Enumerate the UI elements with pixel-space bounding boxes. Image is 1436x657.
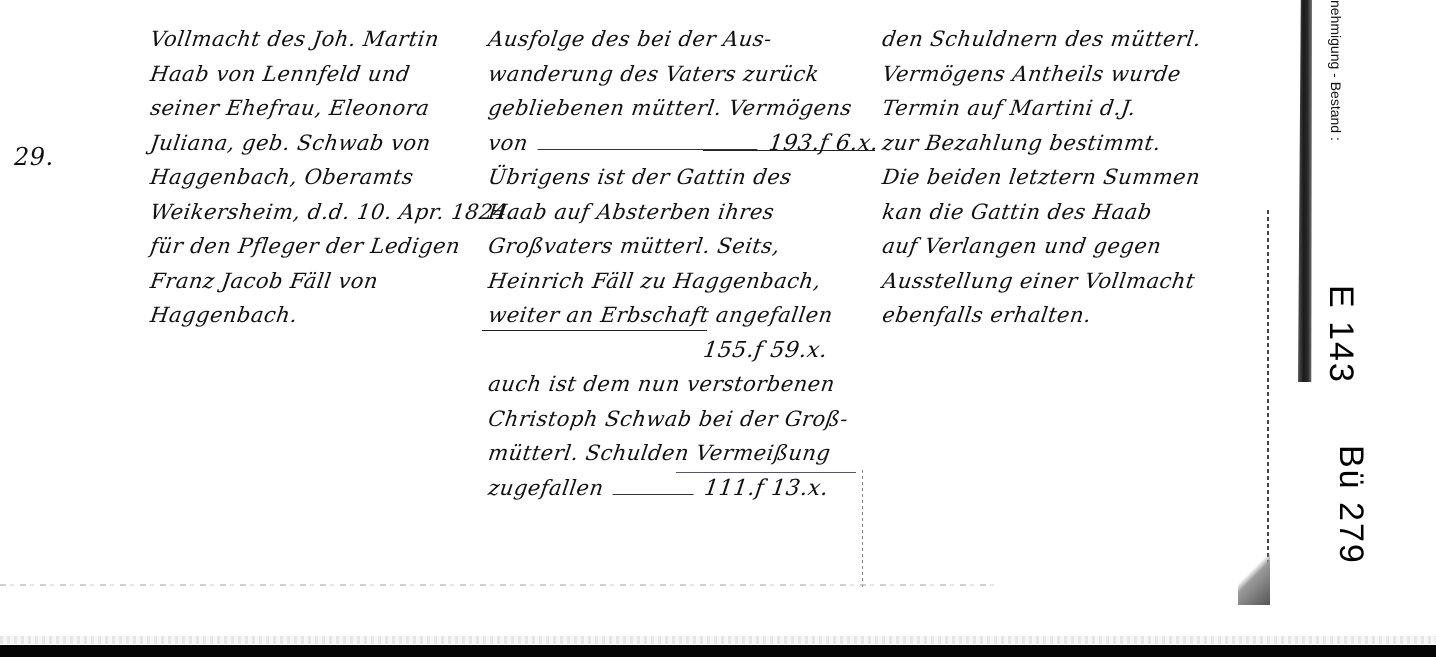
archive-signature-fonds: E 143 — [1321, 285, 1360, 384]
text-line: Haab auf Absterben ihres — [486, 195, 881, 230]
text-line: Übrigens ist der Gattin des — [486, 160, 881, 195]
text-line: für den Pfleger der Ledigen — [148, 229, 488, 264]
text-line: Christoph Schwab bei der Groß- — [486, 402, 881, 437]
amount-value-3: 111.f 13.x. — [702, 472, 831, 507]
archive-signature-file: Bü 279 — [1331, 445, 1370, 565]
amount-prefix: von — [486, 126, 530, 161]
text-line: Haggenbach. — [148, 298, 488, 333]
column-3-payment-terms: den Schuldnern des mütterl. Vermögens An… — [880, 22, 1270, 333]
amount-value-2: 155.f 59.x. — [702, 338, 830, 363]
text-line: Weikersheim, d.d. 10. Apr. 1824. — [148, 195, 488, 230]
text-line: Juliana, geb. Schwab von — [148, 126, 488, 161]
text-line: mütterl. Schulden Vermeißung — [486, 436, 881, 471]
text-line: Termin auf Martini d.J. — [880, 91, 1275, 126]
amount-value-1: 193.f 6.x. — [766, 127, 880, 162]
text-line: Franz Jacob Fäll von — [148, 264, 488, 299]
closing-rule — [676, 472, 856, 473]
text-line: auf Verlangen und gegen — [880, 229, 1275, 264]
text-line: weiter an Erbschaft angefallen — [486, 298, 881, 333]
section-divider-rule — [482, 330, 707, 331]
underline-rule — [703, 150, 875, 151]
text-line: Heinrich Fäll zu Haggenbach, — [486, 264, 881, 299]
text-line: wanderung des Vaters zurück — [486, 57, 881, 92]
text-line: Vermögens Antheils wurde — [880, 57, 1275, 92]
text-line: Ausfolge des bei der Aus- — [486, 22, 881, 57]
text-line: Vollmacht des Joh. Martin — [148, 22, 488, 57]
text-line: zugefallen — [486, 471, 606, 506]
scan-edge-strip — [0, 636, 1436, 644]
archive-stamp-label: nehmigung - Bestand : — [1328, 0, 1344, 141]
text-line: Großvaters mütterl. Seits, — [486, 229, 881, 264]
entry-number: 29. — [14, 143, 54, 171]
scanned-document-page: 29. Vollmacht des Joh. Martin Haab von L… — [0, 0, 1436, 657]
text-line: kan die Gattin des Haab — [880, 195, 1275, 230]
text-line: auch ist dem nun verstorbenen — [486, 367, 881, 402]
text-line: zur Bezahlung bestimmt. — [880, 126, 1275, 161]
column-2-inheritance-amounts: Ausfolge des bei der Aus- wanderung des … — [486, 22, 876, 505]
scanner-bottom-edge — [0, 645, 1436, 657]
scan-noise-line — [0, 584, 1000, 586]
amount-line-2: 155.f 59.x. — [486, 333, 881, 368]
amount-line-1: von 193.f 6.x. — [486, 126, 881, 161]
column-1-power-of-attorney: Vollmacht des Joh. Martin Haab von Lennf… — [148, 22, 483, 333]
text-line: Haggenbach, Oberamts — [148, 160, 488, 195]
text-line: gebliebenen mütterl. Vermögens — [486, 91, 881, 126]
text-line: den Schuldnern des mütterl. — [880, 22, 1275, 57]
text-line: Haab von Lennfeld und — [148, 57, 488, 92]
text-line: seiner Ehefrau, Eleonora — [148, 91, 488, 126]
dash-rule — [613, 494, 694, 495]
text-line: Ausstellung einer Vollmacht — [880, 264, 1275, 299]
binding-edge-shadow — [1298, 0, 1312, 382]
text-line: Die beiden letztern Summen — [880, 160, 1275, 195]
faint-column-line — [862, 470, 863, 590]
text-line: ebenfalls erhalten. — [880, 298, 1275, 333]
amount-line-3: zugefallen 111.f 13.x. — [486, 471, 831, 506]
page-fold-shadow — [1238, 540, 1270, 605]
